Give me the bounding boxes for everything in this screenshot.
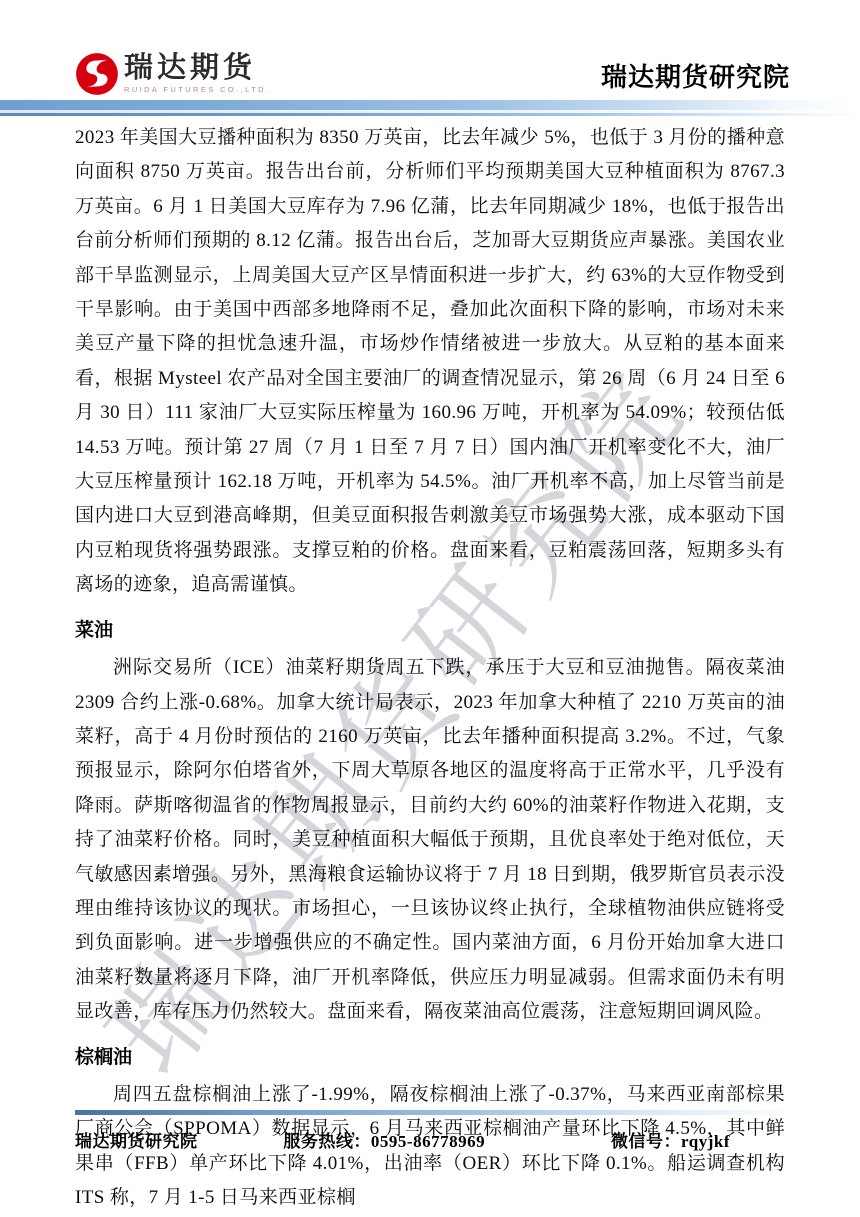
company-logo: 瑞达期货 RUIDA FUTURES CO.,LTD. [75,52,270,96]
footer-info-row: 瑞达期货研究院 服务热线：0595-86778969 微信号：rqyjkf [75,1127,785,1152]
section-heading: 棕榈油 [75,1041,785,1075]
logo-emblem-icon [75,52,119,96]
logo-subtitle: RUIDA FUTURES CO.,LTD. [124,86,270,94]
page-header: 瑞达期货 RUIDA FUTURES CO.,LTD. 瑞达期货研究院 [0,0,860,100]
footer-institute: 瑞达期货研究院 [75,1127,198,1152]
document-body: 2023 年美国大豆播种面积为 8350 万英亩，比去年减少 5%，也低于 3 … [75,121,785,1216]
footer-wechat-label: 微信号： [611,1132,681,1151]
logo-text: 瑞达期货 RUIDA FUTURES CO.,LTD. [124,54,270,94]
section-heading: 菜油 [75,614,785,648]
header-divider-bar [0,100,860,116]
body-paragraph: 洲际交易所（ICE）油菜籽期货周五下跌，承压于大豆和豆油抛售。隔夜菜油 2309… [75,651,785,1029]
footer-hotline-label: 服务热线： [283,1132,371,1151]
body-paragraph: 2023 年美国大豆播种面积为 8350 万英亩，比去年减少 5%，也低于 3 … [75,121,785,603]
logo-brand: 瑞达期货 [124,54,270,83]
footer-hotline-number: 0595-86778969 [371,1132,485,1151]
footer-hotline: 服务热线：0595-86778969 [283,1127,485,1152]
header-title: 瑞达期货研究院 [601,57,790,96]
footer-wechat: 微信号：rqyjkf [611,1127,730,1152]
header-bar-underline [0,113,860,116]
page-footer: 瑞达期货研究院 服务热线：0595-86778969 微信号：rqyjkf [0,1110,860,1152]
footer-divider-bar [75,1110,785,1115]
document-page: 瑞达期货研究院 瑞达期货 RUIDA FUTURES CO.,LTD. 瑞达期货… [0,0,860,1217]
header-bar-main [0,100,860,110]
footer-wechat-id: rqyjkf [681,1132,730,1151]
